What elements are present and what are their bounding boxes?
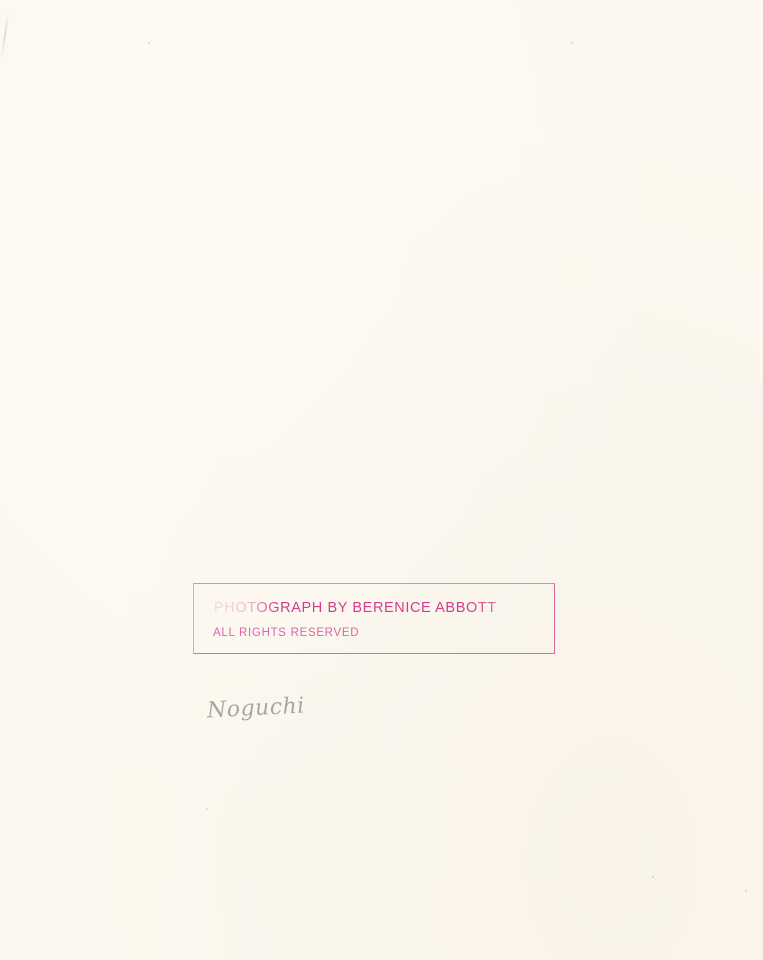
stamp-rights-line: ALL RIGHTS RESERVED bbox=[213, 627, 359, 639]
paper-speck bbox=[206, 808, 208, 810]
photo-verso-paper: PHOTOGRAPH BY BERENICE ABBOTT ALL RIGHTS… bbox=[0, 0, 763, 960]
paper-speck bbox=[571, 42, 573, 44]
paper-crease bbox=[1, 10, 10, 60]
copyright-stamp: PHOTOGRAPH BY BERENICE ABBOTT ALL RIGHTS… bbox=[193, 583, 555, 654]
handwritten-note: Noguchi bbox=[206, 693, 305, 723]
stamp-credit-line: PHOTOGRAPH BY BERENICE ABBOTT bbox=[214, 600, 497, 616]
paper-speck bbox=[745, 890, 747, 892]
paper-speck bbox=[148, 42, 150, 44]
paper-speck bbox=[652, 876, 654, 878]
